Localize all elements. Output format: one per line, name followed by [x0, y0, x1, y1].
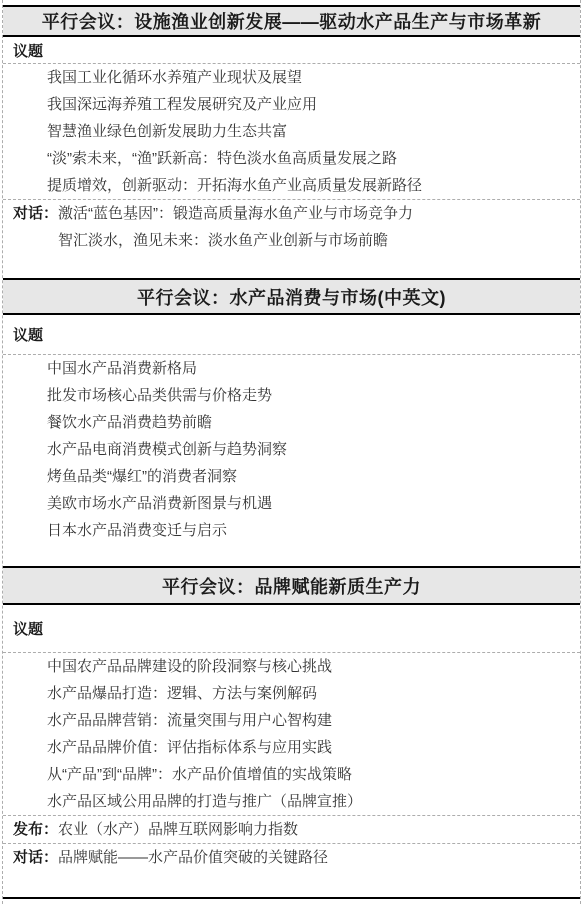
topics-label-text: 议题 — [13, 40, 43, 61]
session-2-topic-list: 中国水产品消费新格局 批发市场核心品类供需与价格走势 餐饮水产品消费趋势前瞻 水… — [3, 355, 580, 566]
session-2-header: 平行会议：水产品消费与市场(中英文) — [3, 280, 580, 313]
session-3-dialogue-row: 对话： 品牌赋能——水产品价值突破的关键路径 — [3, 843, 580, 897]
topic-item: 中国农产品品牌建设的阶段洞察与核心挑战 — [3, 653, 580, 680]
topic-item: 美欧市场水产品消费新图景与机遇 — [3, 490, 580, 517]
session-1-header: 平行会议：设施渔业创新发展——驱动水产品生产与市场革新 — [3, 7, 580, 35]
topic-item: 从“产品”到“品牌”：水产品价值增值的实战策略 — [3, 761, 580, 788]
topic-item: 水产品爆品打造：逻辑、方法与案例解码 — [3, 680, 580, 707]
parallel-sessions-table: 平行会议：设施渔业创新发展——驱动水产品生产与市场革新 议题 我国工业化循环水养… — [2, 0, 581, 904]
topic-item: 餐饮水产品消费趋势前瞻 — [3, 409, 580, 436]
session-1-topics-label: 议题 — [3, 37, 580, 64]
topics-label-text: 议题 — [13, 324, 43, 345]
session-1-topic-list: 我国工业化循环水养殖产业现状及展望 我国深远海养殖工程发展研究及产业应用 智慧渔… — [3, 64, 580, 199]
session-3-topic-list: 中国农产品品牌建设的阶段洞察与核心挑战 水产品爆品打造：逻辑、方法与案例解码 水… — [3, 653, 580, 815]
topic-item: 我国工业化循环水养殖产业现状及展望 — [3, 64, 580, 91]
dialogue-line: 品牌赋能——水产品价值突破的关键路径 — [58, 844, 580, 871]
topic-item: 批发市场核心品类供需与价格走势 — [3, 382, 580, 409]
dialogue-line: 智汇淡水，渔见未来：淡水鱼产业创新与市场前瞻 — [58, 227, 580, 254]
dialogue-label: 对话： — [3, 200, 58, 254]
session-3-topics-label: 议题 — [3, 605, 580, 653]
topic-item: 烤鱼品类“爆红”的消费者洞察 — [3, 463, 580, 490]
dialogue-line: 激活“蓝色基因”：锻造高质量海水鱼产业与市场竞争力 — [58, 200, 580, 227]
publish-content: 农业（水产）品牌互联网影响力指数 — [58, 816, 580, 843]
topic-item: 水产品区域公用品牌的打造与推广（品牌宣推） — [3, 788, 580, 815]
topic-item: 中国水产品消费新格局 — [3, 355, 580, 382]
dialogue-content: 激活“蓝色基因”：锻造高质量海水鱼产业与市场竞争力 智汇淡水，渔见未来：淡水鱼产… — [58, 200, 580, 254]
session-3-publish-row: 发布： 农业（水产）品牌互联网影响力指数 — [3, 815, 580, 843]
session-2-title: 平行会议：水产品消费与市场(中英文) — [137, 284, 446, 310]
topic-item: “淡”索未来，“渔”跃新高：特色淡水鱼高质量发展之路 — [3, 145, 580, 172]
topic-item: 提质增效，创新驱动：开拓海水鱼产业高质量发展新路径 — [3, 172, 580, 199]
topic-item: 日本水产品消费变迁与启示 — [3, 517, 580, 544]
session-3-header: 平行会议：品牌赋能新质生产力 — [3, 568, 580, 603]
session-1-title: 平行会议：设施渔业创新发展——驱动水产品生产与市场革新 — [42, 8, 542, 34]
topics-label-text: 议题 — [13, 618, 43, 639]
session-3-title: 平行会议：品牌赋能新质生产力 — [162, 573, 421, 599]
publish-line: 农业（水产）品牌互联网影响力指数 — [58, 816, 580, 843]
session-2-topics-label: 议题 — [3, 315, 580, 355]
topic-item: 水产品品牌营销：流量突围与用户心智构建 — [3, 707, 580, 734]
topic-item: 我国深远海养殖工程发展研究及产业应用 — [3, 91, 580, 118]
dialogue-content: 品牌赋能——水产品价值突破的关键路径 — [58, 844, 580, 871]
bottom-margin-strip — [3, 899, 580, 904]
session-1-dialogue-row: 对话： 激活“蓝色基因”：锻造高质量海水鱼产业与市场竞争力 智汇淡水，渔见未来：… — [3, 199, 580, 278]
publish-label: 发布： — [3, 816, 58, 843]
topic-item: 智慧渔业绿色创新发展助力生态共富 — [3, 118, 580, 145]
dialogue-label: 对话： — [3, 844, 58, 871]
topic-item: 水产品品牌价值：评估指标体系与应用实践 — [3, 734, 580, 761]
topic-item: 水产品电商消费模式创新与趋势洞察 — [3, 436, 580, 463]
